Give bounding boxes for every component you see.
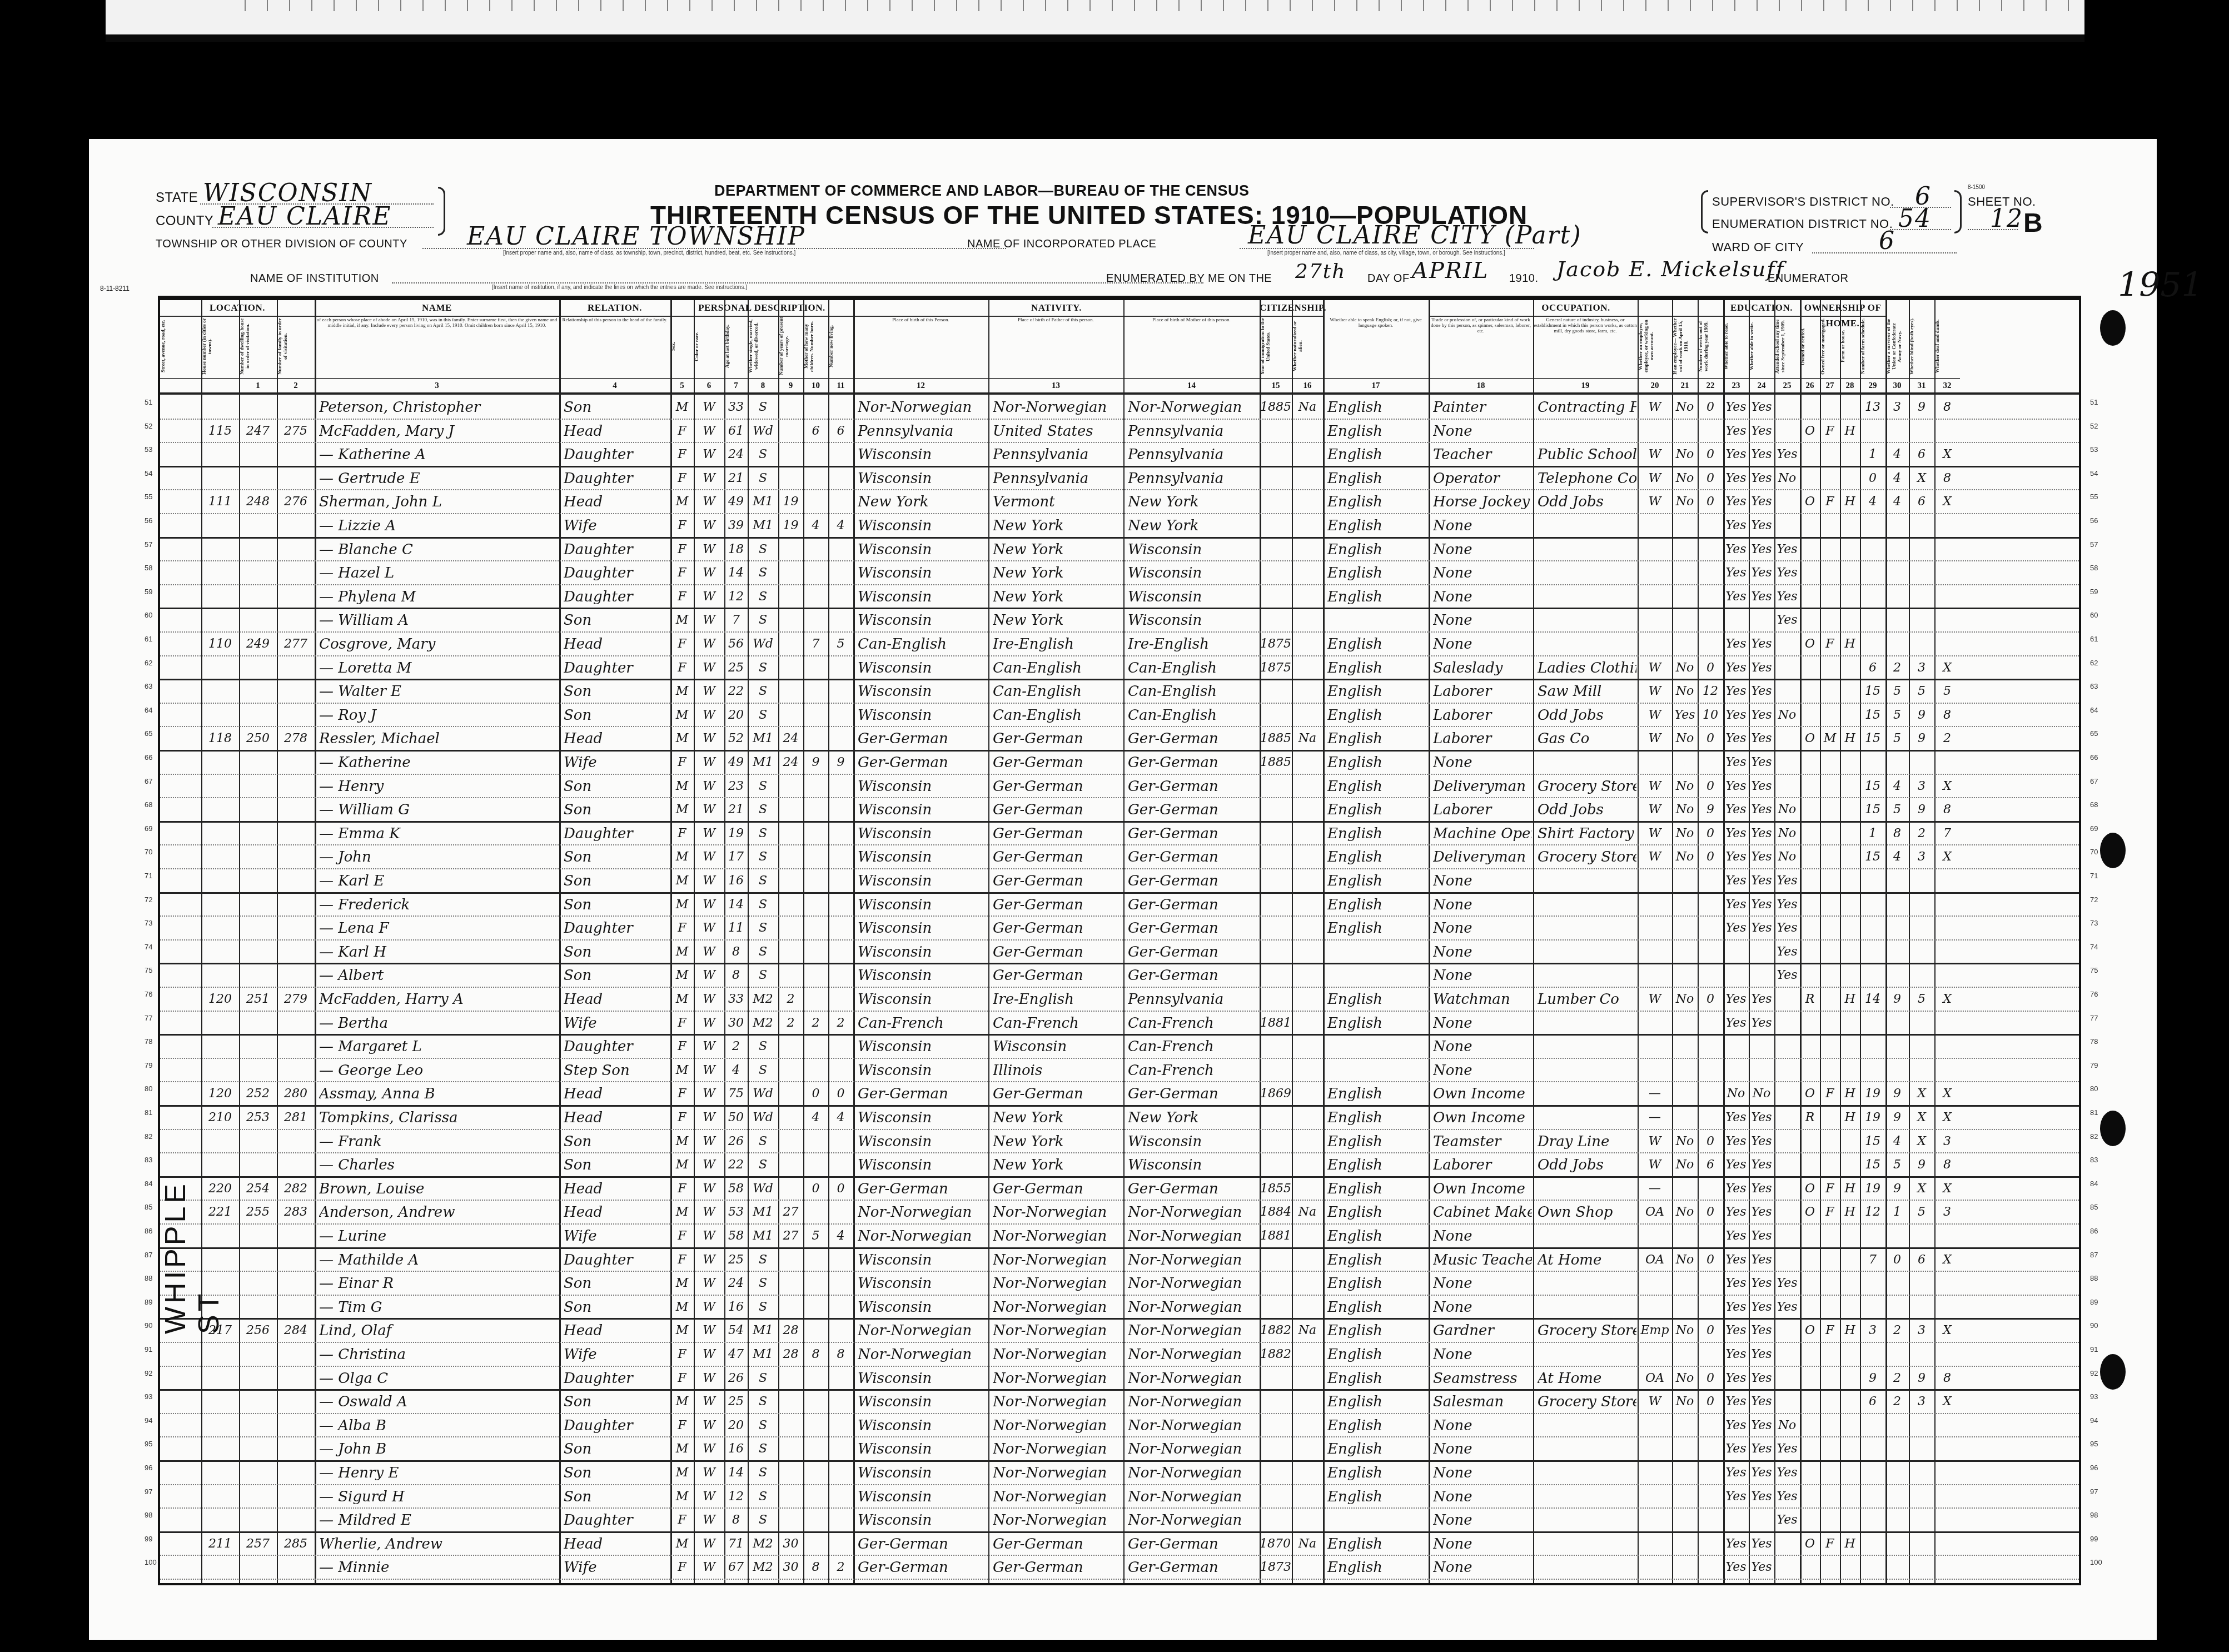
cell-blind: X — [1909, 466, 1934, 489]
cell-employer-status — [1638, 1011, 1672, 1034]
cell-race: W — [694, 703, 724, 726]
cell-farm-schedule — [1860, 584, 1885, 608]
incorporated-place-note: [Insert proper name and, also, name of c… — [1267, 250, 1505, 256]
cell-dwelling: 247 — [239, 419, 277, 442]
cell-house — [201, 963, 239, 986]
cell-age: 30 — [724, 1011, 748, 1034]
cell-out-of-work — [1672, 560, 1698, 584]
column-number: 16 — [1292, 378, 1323, 392]
cell-industry: Telephone Co — [1538, 466, 1636, 489]
cell-mother-birthplace: Nor-Norwegian — [1128, 1366, 1258, 1389]
line-number-right: 97 — [2090, 1487, 2098, 1496]
table-row: — Phylena MDaughterFW12SWisconsinNew Yor… — [160, 584, 2079, 610]
cell-birthplace: Wisconsin — [858, 1436, 987, 1460]
cell-family — [277, 1507, 315, 1531]
cell-can-write: Yes — [1749, 1011, 1774, 1034]
cell-deaf-dumb: X — [1934, 1105, 1960, 1128]
cell-occupation: Music Teacher — [1433, 1247, 1532, 1271]
cell-children-born — [803, 1389, 828, 1412]
cell-free-mortgaged: F — [1820, 1200, 1840, 1223]
cell-father-birthplace: Nor-Norwegian — [993, 1223, 1122, 1247]
cell-weeks-out — [1698, 1081, 1723, 1104]
cell-school — [1774, 1081, 1800, 1104]
cell-mother-birthplace: Ger-German — [1128, 1531, 1258, 1555]
cell-can-write: Yes — [1749, 1484, 1774, 1507]
column-number: 17 — [1323, 378, 1429, 392]
cell-can-write: Yes — [1749, 1152, 1774, 1176]
cell-children-born — [803, 1200, 828, 1223]
cell-deaf-dumb — [1934, 1058, 1960, 1081]
cell-birthplace: Nor-Norwegian — [858, 1223, 987, 1247]
cell-name: — Albert — [319, 963, 558, 986]
cell-immigration-year — [1260, 844, 1292, 868]
cell-farm-schedule — [1860, 963, 1885, 986]
cell-years-married — [778, 608, 803, 631]
cell-children-living — [828, 466, 853, 489]
cell-blind: 5 — [1909, 679, 1934, 702]
cell-free-mortgaged: F — [1820, 631, 1840, 655]
cell-employer-status: Emp — [1638, 1318, 1672, 1341]
cell-occupation: Seamstress — [1433, 1366, 1532, 1389]
cell-naturalization — [1292, 915, 1323, 939]
cell-veteran — [1885, 939, 1909, 963]
cell-occupation: Watchman — [1433, 987, 1532, 1010]
cell-birthplace: Wisconsin — [858, 1413, 987, 1436]
table-row: — ChristinaWifeFW47M12888Nor-NorwegianNo… — [160, 1342, 2079, 1367]
cell-language: English — [1327, 703, 1427, 726]
cell-birthplace: Wisconsin — [858, 442, 987, 465]
cell-name: — Einar R — [319, 1271, 558, 1294]
cell-deaf-dumb: X — [1934, 442, 1960, 465]
cell-age: 21 — [724, 466, 748, 489]
column-header-father-birthplace: Place of birth of Father of this person. — [988, 317, 1123, 376]
cell-years-married — [778, 631, 803, 655]
cell-immigration-year — [1260, 821, 1292, 844]
line-number-left: 91 — [145, 1345, 152, 1354]
cell-out-of-work: No — [1672, 844, 1698, 868]
line-number-right: 92 — [2090, 1369, 2098, 1377]
cell-out-of-work — [1672, 1531, 1698, 1555]
cell-farm-house — [1840, 892, 1860, 915]
cell-family: 277 — [277, 631, 315, 655]
cell-age: 54 — [724, 1318, 748, 1341]
line-number-left: 77 — [145, 1014, 152, 1022]
cell-free-mortgaged: F — [1820, 419, 1840, 442]
column-number: 32 — [1934, 378, 1960, 392]
cell-children-born — [803, 560, 828, 584]
table-row: — Tim GSonMW16SWisconsinNor-NorwegianNor… — [160, 1295, 2079, 1320]
cell-veteran — [1885, 1271, 1909, 1294]
cell-employer-status — [1638, 1271, 1672, 1294]
cell-race: W — [694, 1247, 724, 1271]
line-number-left: 65 — [145, 729, 152, 738]
cell-school — [1774, 489, 1800, 512]
cell-name: Cosgrove, Mary — [319, 631, 558, 655]
cell-father-birthplace: Ger-German — [993, 939, 1122, 963]
cell-dwelling — [239, 466, 277, 489]
cell-farm-house — [1840, 1342, 1860, 1365]
cell-farm-schedule — [1860, 608, 1885, 631]
cell-industry: At Home — [1538, 1366, 1636, 1389]
cell-employer-status — [1638, 915, 1672, 939]
line-number-right: 70 — [2090, 848, 2098, 856]
state-label: State — [156, 190, 198, 206]
column-header-owned-rented: Owned or rented. — [1800, 317, 1820, 376]
cell-immigration-year — [1260, 442, 1292, 465]
cell-deaf-dumb — [1934, 513, 1960, 536]
cell-marital: S — [748, 679, 778, 702]
cell-school — [1774, 1176, 1800, 1200]
cell-naturalization — [1292, 1436, 1323, 1460]
cell-dwelling — [239, 442, 277, 465]
cell-immigration-year — [1260, 608, 1292, 631]
cell-farm-schedule — [1860, 1484, 1885, 1507]
cell-house — [201, 1389, 239, 1412]
cell-house — [201, 1366, 239, 1389]
cell-school — [1774, 631, 1800, 655]
cell-birthplace: Wisconsin — [858, 537, 987, 560]
cell-owned-rented — [1800, 679, 1820, 702]
cell-occupation: Own Income — [1433, 1105, 1532, 1128]
cell-language: English — [1327, 1366, 1427, 1389]
cell-name: — Tim G — [319, 1295, 558, 1318]
cell-house — [201, 1011, 239, 1034]
cell-birthplace: Wisconsin — [858, 939, 987, 963]
cell-out-of-work — [1672, 892, 1698, 915]
cell-industry — [1538, 750, 1636, 773]
cell-industry: Odd Jobs — [1538, 1152, 1636, 1176]
cell-race: W — [694, 915, 724, 939]
column-group-occupation: OCCUPATION. — [1429, 300, 1723, 317]
cell-relation: Son — [564, 679, 669, 702]
cell-farm-schedule — [1860, 1436, 1885, 1460]
cell-sex: F — [670, 1507, 694, 1531]
sheet-header: State WISCONSIN County EAU CLAIRE Townsh… — [89, 139, 2157, 306]
cell-veteran — [1885, 1413, 1909, 1436]
cell-sex: M — [670, 608, 694, 631]
cell-can-write: No — [1749, 1081, 1774, 1104]
cell-veteran — [1885, 1484, 1909, 1507]
cell-age: 20 — [724, 1413, 748, 1436]
cell-family: 279 — [277, 987, 315, 1010]
cell-weeks-out: 0 — [1698, 1366, 1723, 1389]
cell-out-of-work: No — [1672, 466, 1698, 489]
cell-occupation: Salesman — [1433, 1389, 1532, 1412]
cell-dwelling — [239, 1436, 277, 1460]
cell-language: English — [1327, 1436, 1427, 1460]
cell-blind — [1909, 631, 1934, 655]
cell-can-read: Yes — [1723, 703, 1749, 726]
line-number-left: 99 — [145, 1535, 152, 1543]
cell-marital: S — [748, 963, 778, 986]
cell-out-of-work: No — [1672, 1129, 1698, 1152]
cell-children-born — [803, 821, 828, 844]
cell-house — [201, 466, 239, 489]
cell-dwelling — [239, 1129, 277, 1152]
line-number-right: 58 — [2090, 564, 2098, 572]
cell-employer-status: W — [1638, 679, 1672, 702]
cell-out-of-work — [1672, 750, 1698, 773]
cell-name: — Sigurd H — [319, 1484, 558, 1507]
cell-can-read: Yes — [1723, 679, 1749, 702]
cell-children-born: 9 — [803, 750, 828, 773]
cell-out-of-work — [1672, 939, 1698, 963]
cell-blind: 3 — [1909, 844, 1934, 868]
cell-farm-schedule — [1860, 1011, 1885, 1034]
cell-blind — [1909, 1413, 1934, 1436]
line-number-right: 96 — [2090, 1464, 2098, 1472]
cell-owned-rented — [1800, 963, 1820, 986]
cell-can-read: Yes — [1723, 395, 1749, 418]
cell-veteran — [1885, 1011, 1909, 1034]
line-number-right: 56 — [2090, 516, 2098, 525]
cell-mother-birthplace: Ger-German — [1128, 868, 1258, 892]
line-number-right: 64 — [2090, 706, 2098, 714]
cell-owned-rented: O — [1800, 1531, 1820, 1555]
binder-hole — [2100, 1111, 2126, 1146]
cell-mother-birthplace: Nor-Norwegian — [1128, 395, 1258, 418]
cell-weeks-out — [1698, 750, 1723, 773]
cell-blind — [1909, 750, 1934, 773]
cell-veteran — [1885, 1295, 1909, 1318]
line-number-left: 57 — [145, 540, 152, 549]
cell-industry: Dray Line — [1538, 1129, 1636, 1152]
cell-marital: S — [748, 655, 778, 679]
cell-out-of-work — [1672, 963, 1698, 986]
cell-industry: Grocery Store — [1538, 1318, 1636, 1341]
cell-marital: Wd — [748, 631, 778, 655]
cell-can-read — [1723, 1507, 1749, 1531]
cell-birthplace: Wisconsin — [858, 821, 987, 844]
cell-race: W — [694, 1223, 724, 1247]
cell-years-married — [778, 868, 803, 892]
cell-deaf-dumb — [1934, 419, 1960, 442]
cell-sex: M — [670, 1295, 694, 1318]
cell-age: 16 — [724, 1436, 748, 1460]
cell-mother-birthplace: New York — [1128, 513, 1258, 536]
cell-can-write: Yes — [1749, 750, 1774, 773]
cell-owned-rented — [1800, 892, 1820, 915]
cell-children-living — [828, 584, 853, 608]
cell-employer-status: W — [1638, 797, 1672, 820]
cell-children-living — [828, 844, 853, 868]
cell-free-mortgaged — [1820, 1413, 1840, 1436]
cell-veteran: 5 — [1885, 679, 1909, 702]
cell-children-living — [828, 892, 853, 915]
cell-deaf-dumb — [1934, 1413, 1960, 1436]
cell-free-mortgaged — [1820, 1152, 1840, 1176]
cell-free-mortgaged — [1820, 1105, 1840, 1128]
cell-naturalization — [1292, 1011, 1323, 1034]
cell-industry — [1538, 1342, 1636, 1365]
cell-name: Anderson, Andrew — [319, 1200, 558, 1223]
institution-note: [Insert name of institution, if any, and… — [492, 285, 747, 291]
cell-industry — [1538, 939, 1636, 963]
cell-occupation: None — [1433, 584, 1532, 608]
cell-owned-rented — [1800, 584, 1820, 608]
cell-father-birthplace: Illinois — [993, 1058, 1122, 1081]
cell-relation: Daughter — [564, 1366, 669, 1389]
cell-age: 19 — [724, 821, 748, 844]
cell-children-living — [828, 1460, 853, 1484]
enumerator-signature: Jacob E. Mickelsuff — [1556, 257, 1784, 281]
cell-marital: S — [748, 892, 778, 915]
cell-farm-schedule: 0 — [1860, 466, 1885, 489]
cell-sex: F — [670, 1366, 694, 1389]
cell-weeks-out — [1698, 1413, 1723, 1436]
cell-blind — [1909, 1342, 1934, 1365]
cell-out-of-work — [1672, 1271, 1698, 1294]
cell-out-of-work — [1672, 1058, 1698, 1081]
cell-name: — Roy J — [319, 703, 558, 726]
cell-industry: Odd Jobs — [1538, 797, 1636, 820]
cell-school — [1774, 726, 1800, 749]
cell-naturalization — [1292, 797, 1323, 820]
cell-dwelling — [239, 892, 277, 915]
cell-can-write: Yes — [1749, 844, 1774, 868]
cell-mother-birthplace: Nor-Norwegian — [1128, 1223, 1258, 1247]
cell-language — [1327, 1507, 1427, 1531]
cell-immigration-year — [1260, 892, 1292, 915]
cell-weeks-out — [1698, 892, 1723, 915]
cell-school: No — [1774, 821, 1800, 844]
cell-can-write: Yes — [1749, 797, 1774, 820]
cell-immigration-year: 1885 — [1260, 395, 1292, 418]
cell-dwelling — [239, 1389, 277, 1412]
line-number-left: 59 — [145, 588, 152, 596]
cell-sex: F — [670, 513, 694, 536]
cell-deaf-dumb — [1934, 1011, 1960, 1034]
cell-mother-birthplace: Pennsylvania — [1128, 419, 1258, 442]
cell-birthplace: Ger-German — [858, 750, 987, 773]
cell-free-mortgaged — [1820, 1389, 1840, 1412]
cell-race: W — [694, 679, 724, 702]
cell-relation: Son — [564, 395, 669, 418]
line-number-right: 91 — [2090, 1345, 2098, 1354]
line-number-right: 66 — [2090, 753, 2098, 762]
column-header-sex: Sex. — [670, 317, 694, 376]
cell-language: English — [1327, 419, 1427, 442]
cell-can-read: Yes — [1723, 1271, 1749, 1294]
cell-name: Tompkins, Clarissa — [319, 1105, 558, 1128]
cell-can-write: Yes — [1749, 726, 1774, 749]
cell-school — [1774, 679, 1800, 702]
cell-school — [1774, 1058, 1800, 1081]
cell-naturalization: Na — [1292, 1318, 1323, 1341]
cell-dwelling: 251 — [239, 987, 277, 1010]
cell-occupation: None — [1433, 1413, 1532, 1436]
cell-language: English — [1327, 1484, 1427, 1507]
column-group-nativity: NATIVITY. — [853, 300, 1260, 317]
line-number-left: 55 — [145, 492, 152, 501]
cell-occupation: Operator — [1433, 466, 1532, 489]
cell-farm-house: H — [1840, 419, 1860, 442]
cell-weeks-out — [1698, 1342, 1723, 1365]
cell-house — [201, 844, 239, 868]
column-header-occupation: Trade or profession of, or particular ki… — [1429, 317, 1533, 376]
cell-age: 22 — [724, 1152, 748, 1176]
cell-sex: F — [670, 1413, 694, 1436]
cell-blind: 9 — [1909, 395, 1934, 418]
cell-name: — Hazel L — [319, 560, 558, 584]
cell-school — [1774, 750, 1800, 773]
cell-out-of-work — [1672, 868, 1698, 892]
cell-veteran — [1885, 608, 1909, 631]
cell-children-born — [803, 774, 828, 797]
cell-birthplace: Wisconsin — [858, 703, 987, 726]
cell-immigration-year: 1885 — [1260, 726, 1292, 749]
cell-house: 115 — [201, 419, 239, 442]
cell-industry — [1538, 1413, 1636, 1436]
cell-occupation: None — [1433, 1460, 1532, 1484]
cell-out-of-work — [1672, 608, 1698, 631]
line-number-right: 83 — [2090, 1156, 2098, 1164]
cell-naturalization — [1292, 1247, 1323, 1271]
line-number-left: 73 — [145, 919, 152, 927]
cell-deaf-dumb: X — [1934, 1318, 1960, 1341]
cell-owned-rented — [1800, 1271, 1820, 1294]
cell-employer-status — [1638, 1058, 1672, 1081]
cell-age: 58 — [724, 1223, 748, 1247]
cell-birthplace: Wisconsin — [858, 1105, 987, 1128]
column-header-deaf-dumb: Whether deaf and dumb. — [1934, 317, 1960, 376]
column-number: 13 — [988, 378, 1123, 392]
cell-name: Peterson, Christopher — [319, 395, 558, 418]
cell-language: English — [1327, 1413, 1427, 1436]
cell-language: English — [1327, 655, 1427, 679]
table-row: — John BSonMW16SWisconsinNor-NorwegianNo… — [160, 1436, 2079, 1462]
cell-owned-rented — [1800, 395, 1820, 418]
cell-can-write: Yes — [1749, 560, 1774, 584]
column-header-naturalization: Whether naturalized or alien. — [1292, 317, 1323, 376]
cell-can-write: Yes — [1749, 419, 1774, 442]
cell-school — [1774, 1247, 1800, 1271]
cell-house — [201, 513, 239, 536]
cell-birthplace: Wisconsin — [858, 915, 987, 939]
cell-farm-house — [1840, 1034, 1860, 1057]
cell-language — [1327, 1034, 1427, 1057]
cell-dwelling — [239, 844, 277, 868]
cell-age: 26 — [724, 1366, 748, 1389]
cell-free-mortgaged — [1820, 513, 1840, 536]
cell-children-born — [803, 466, 828, 489]
line-number-left: 79 — [145, 1061, 152, 1069]
cell-owned-rented — [1800, 1389, 1820, 1412]
cell-occupation: Teamster — [1433, 1129, 1532, 1152]
cell-age: 25 — [724, 1389, 748, 1412]
cell-sex: F — [670, 1247, 694, 1271]
cell-farm-house — [1840, 1413, 1860, 1436]
cell-mother-birthplace: Ger-German — [1128, 1176, 1258, 1200]
table-row: — William GSonMW21SWisconsinGer-GermanGe… — [160, 797, 2079, 823]
column-number: 8 — [748, 378, 778, 392]
cell-employer-status — [1638, 608, 1672, 631]
cell-occupation: Machine Operator — [1433, 821, 1532, 844]
cell-mother-birthplace: Nor-Norwegian — [1128, 1460, 1258, 1484]
cell-immigration-year — [1260, 703, 1292, 726]
cell-free-mortgaged: M — [1820, 726, 1840, 749]
cell-free-mortgaged — [1820, 1366, 1840, 1389]
cell-marital: M2 — [748, 987, 778, 1010]
cell-weeks-out: 0 — [1698, 726, 1723, 749]
cell-out-of-work: No — [1672, 395, 1698, 418]
cell-name: — Emma K — [319, 821, 558, 844]
cell-owned-rented — [1800, 466, 1820, 489]
cell-industry — [1538, 1058, 1636, 1081]
cell-language: English — [1327, 537, 1427, 560]
cell-birthplace: Nor-Norwegian — [858, 1200, 987, 1223]
cell-years-married: 30 — [778, 1555, 803, 1578]
